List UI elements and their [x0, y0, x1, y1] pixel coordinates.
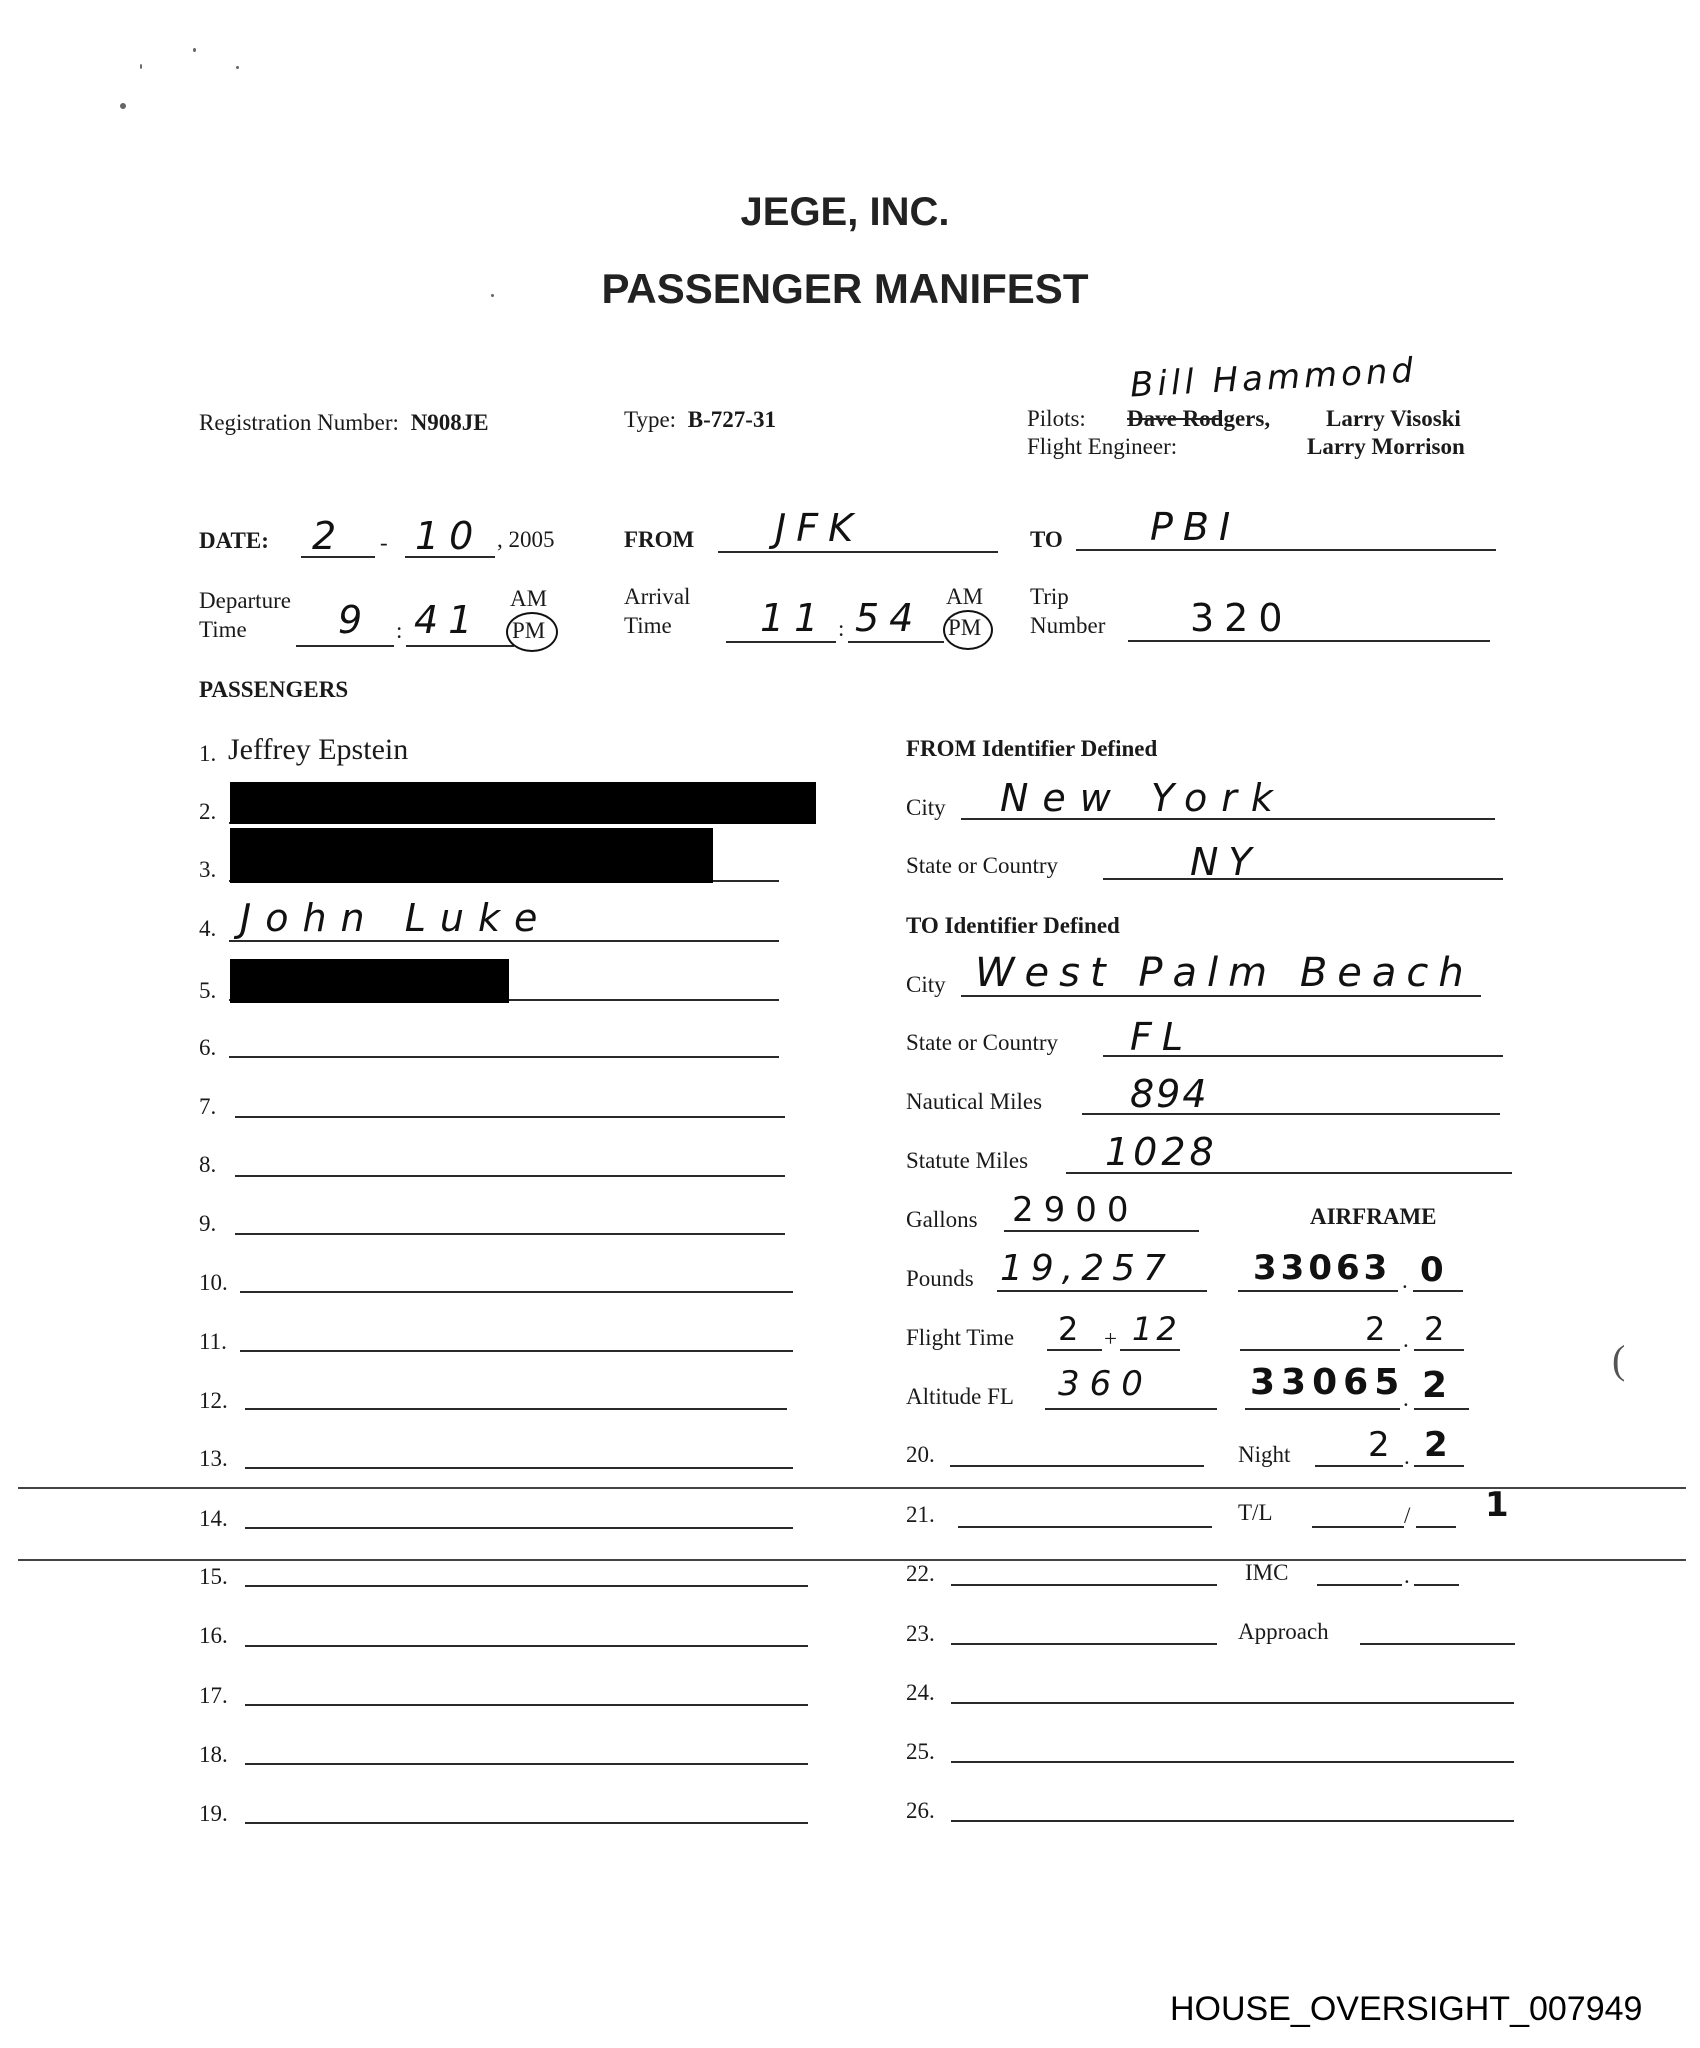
type-field: Type: B-727-31	[624, 407, 776, 433]
passenger-line[interactable]	[245, 1585, 808, 1587]
approach-label: Approach	[1238, 1619, 1329, 1645]
page-title: PASSENGER MANIFEST	[0, 265, 1695, 313]
margin-mark: (	[1612, 1336, 1625, 1383]
airframe-flight-decimal-line	[1414, 1349, 1464, 1351]
decimal-dot: .	[1404, 1563, 1410, 1589]
passenger-line[interactable]	[245, 1763, 808, 1765]
passenger-line[interactable]	[245, 1527, 793, 1529]
statute-miles-label: Statute Miles	[906, 1148, 1028, 1174]
passenger-number: 4.	[199, 916, 216, 942]
airframe-start-whole[interactable]: 33063	[1253, 1248, 1391, 1288]
passenger-number: 9.	[199, 1211, 216, 1237]
extra-row-line[interactable]	[951, 1643, 1217, 1645]
passenger-line[interactable]	[229, 1056, 779, 1058]
night-whole-line	[1315, 1465, 1403, 1467]
airframe-flight-whole[interactable]: 2	[1365, 1310, 1395, 1348]
altitude-label: Altitude FL	[906, 1384, 1014, 1410]
extra-row-line[interactable]	[951, 1584, 1217, 1586]
date-year: , 2005	[497, 527, 555, 553]
scan-artifact-line	[18, 1487, 1686, 1489]
airframe-end-decimal[interactable]: 2	[1422, 1365, 1457, 1406]
night-label: Night	[1238, 1442, 1290, 1468]
gallons-label: Gallons	[906, 1207, 978, 1233]
approach-line[interactable]	[1360, 1643, 1515, 1645]
trip-label-1: Trip	[1030, 584, 1069, 610]
tl-first-line	[1312, 1526, 1404, 1528]
passenger-number: 16.	[199, 1623, 228, 1649]
date-month[interactable]: 2	[312, 514, 346, 558]
pilot-2: Larry Visoski	[1326, 406, 1461, 432]
imc-label: IMC	[1245, 1560, 1288, 1586]
passenger-line	[229, 940, 779, 942]
date-day[interactable]: 10	[415, 514, 483, 558]
passenger-name[interactable]: John Luke	[240, 896, 551, 940]
passenger-line[interactable]	[235, 1116, 785, 1118]
airframe-start-decimal[interactable]: 0	[1420, 1250, 1454, 1290]
from-label: FROM	[624, 527, 694, 553]
trip-number-line	[1128, 640, 1490, 642]
gallons-line	[1004, 1230, 1199, 1232]
passenger-line[interactable]	[245, 1822, 808, 1824]
passenger-number: 18.	[199, 1742, 228, 1768]
departure-label-1: Departure	[199, 588, 291, 614]
time-colon: :	[396, 618, 402, 644]
passenger-number: 5.	[199, 978, 216, 1004]
passenger-number: 15.	[199, 1564, 228, 1590]
flight-time-plus: +	[1104, 1326, 1117, 1352]
nautical-miles-value[interactable]: 894	[1130, 1072, 1209, 1116]
type-value: B-727-31	[688, 407, 776, 432]
airframe-flight-decimal[interactable]: 2	[1424, 1310, 1454, 1348]
altitude-line	[1045, 1408, 1217, 1410]
airframe-heading: AIRFRAME	[1310, 1204, 1437, 1230]
pounds-line	[997, 1290, 1207, 1292]
scan-speck	[120, 103, 126, 109]
decimal-dot: .	[1402, 1268, 1408, 1294]
passenger-number: 14.	[199, 1506, 228, 1532]
date-separator: -	[380, 530, 388, 556]
from-line	[718, 551, 998, 553]
strikethrough-line	[1127, 418, 1219, 420]
from-value[interactable]: JFK	[775, 506, 863, 550]
airframe-flight-line	[1240, 1349, 1400, 1351]
nautical-miles-label: Nautical Miles	[906, 1089, 1042, 1115]
arrival-min-line	[848, 641, 944, 643]
pounds-label: Pounds	[906, 1266, 974, 1292]
passenger-number: 11.	[199, 1329, 227, 1355]
passenger-number: 13.	[199, 1446, 228, 1472]
departure-min[interactable]: 41	[414, 598, 482, 642]
to-value[interactable]: PBI	[1150, 505, 1240, 549]
pilots-label: Pilots:	[1027, 406, 1086, 432]
passenger-line[interactable]	[235, 1175, 785, 1177]
extra-row-number: 26.	[906, 1798, 935, 1824]
registration-field: Registration Number: N908JE	[199, 410, 489, 436]
passenger-number: 17.	[199, 1683, 228, 1709]
extra-row-number: 23.	[906, 1621, 935, 1647]
passenger-number: 12.	[199, 1388, 228, 1414]
passenger-line[interactable]	[245, 1645, 808, 1647]
arrival-pm-circle	[943, 610, 993, 650]
passenger-number: 6.	[199, 1035, 216, 1061]
airframe-end-line	[1245, 1408, 1400, 1410]
from-state-line	[1103, 878, 1503, 880]
imc-decimal-line[interactable]	[1414, 1584, 1459, 1586]
extra-row-line[interactable]	[951, 1702, 1514, 1704]
from-city-label: City	[906, 795, 946, 821]
passenger-number: 8.	[199, 1152, 216, 1178]
from-state-label: State or Country	[906, 853, 1058, 879]
decimal-dot: .	[1403, 1386, 1409, 1412]
redaction-bar	[230, 828, 713, 883]
extra-row-number: 25.	[906, 1739, 935, 1765]
extra-row-line[interactable]	[958, 1526, 1212, 1528]
redaction-bar	[230, 782, 816, 824]
date-label: DATE:	[199, 528, 269, 554]
passenger-number: 10.	[199, 1270, 228, 1296]
passengers-heading: PASSENGERS	[199, 677, 348, 703]
bates-number: HOUSE_OVERSIGHT_007949	[1170, 1990, 1642, 2029]
extra-row-number: 22.	[906, 1561, 935, 1587]
statute-miles-value[interactable]: 1028	[1105, 1130, 1218, 1174]
from-identifier-heading: FROM Identifier Defined	[906, 736, 1157, 762]
passenger-line[interactable]	[235, 1233, 785, 1235]
departure-min-line	[406, 645, 514, 647]
arrival-label-1: Arrival	[624, 584, 690, 610]
tl-separator: /	[1404, 1503, 1410, 1529]
to-state-value[interactable]: FL	[1130, 1015, 1193, 1059]
extra-row-line[interactable]	[950, 1465, 1204, 1467]
to-line	[1076, 549, 1496, 551]
to-label: TO	[1030, 527, 1063, 553]
gallons-value[interactable]: 2900	[1012, 1190, 1139, 1230]
flight-time-label: Flight Time	[906, 1325, 1014, 1351]
airframe-end-whole[interactable]: 33065	[1250, 1362, 1405, 1403]
departure-hour-line	[296, 645, 394, 647]
flight-time-minutes-line	[1120, 1349, 1180, 1351]
passenger-line[interactable]	[240, 1350, 793, 1352]
passenger-line[interactable]	[240, 1291, 793, 1293]
altitude-value[interactable]: 360	[1058, 1364, 1153, 1404]
arrival-hour[interactable]: 11	[760, 596, 828, 640]
to-city-label: City	[906, 972, 946, 998]
extra-row-number: 24.	[906, 1680, 935, 1706]
extra-row-line[interactable]	[951, 1820, 1514, 1822]
arrival-min[interactable]: 54	[855, 596, 923, 640]
passenger-line[interactable]	[245, 1467, 793, 1469]
flight-engineer-label: Flight Engineer:	[1027, 434, 1177, 460]
tl-value[interactable]: 1	[1485, 1485, 1519, 1525]
imc-whole-line[interactable]	[1317, 1584, 1402, 1586]
passenger-number: 7.	[199, 1094, 216, 1120]
night-decimal[interactable]: 2	[1424, 1425, 1458, 1465]
passenger-number: 3.	[199, 857, 216, 883]
passenger-number: 2.	[199, 799, 216, 825]
departure-hour[interactable]: 9	[338, 598, 372, 642]
registration-label: Registration Number:	[199, 410, 399, 435]
night-whole[interactable]: 2	[1368, 1425, 1400, 1465]
passenger-number: 1.	[199, 741, 216, 767]
scan-speck	[193, 48, 196, 52]
flight-time-hours-line	[1047, 1349, 1102, 1351]
scan-speck	[140, 64, 142, 69]
passenger-name[interactable]: Jeffrey Epstein	[228, 733, 408, 767]
registration-value: N908JE	[411, 410, 489, 435]
redaction-bar	[230, 959, 509, 1003]
from-city-value[interactable]: New York	[1000, 776, 1287, 820]
arrival-am[interactable]: AM	[946, 584, 983, 610]
time-colon: :	[838, 616, 844, 642]
from-state-value[interactable]: NY	[1190, 840, 1262, 884]
airframe-end-decimal-line	[1414, 1408, 1469, 1410]
trip-label-2: Number	[1030, 613, 1105, 639]
extra-row-number: 20.	[906, 1442, 935, 1468]
passenger-line[interactable]	[245, 1408, 787, 1410]
night-decimal-line	[1414, 1465, 1464, 1467]
to-city-value[interactable]: West Palm Beach	[975, 950, 1474, 996]
tl-second-line	[1416, 1526, 1456, 1528]
company-name: JEGE, INC.	[0, 190, 1695, 235]
extra-row-number: 21.	[906, 1502, 935, 1528]
extra-row-line[interactable]	[951, 1761, 1514, 1763]
tl-label: T/L	[1238, 1500, 1273, 1526]
airframe-start-decimal-line	[1413, 1290, 1463, 1292]
type-label: Type:	[624, 407, 676, 432]
scan-artifact-line	[18, 1559, 1686, 1561]
departure-label-2: Time	[199, 617, 247, 643]
passenger-line[interactable]	[245, 1704, 808, 1706]
pilot-handwritten-replacement: Bill Hammond	[1129, 351, 1418, 406]
decimal-dot: .	[1404, 1444, 1410, 1470]
trip-number[interactable]: 320	[1190, 596, 1293, 640]
decimal-dot: .	[1403, 1327, 1409, 1353]
airframe-start-line	[1238, 1290, 1398, 1292]
flight-engineer-value: Larry Morrison	[1307, 434, 1465, 460]
to-state-label: State or Country	[906, 1030, 1058, 1056]
arrival-hour-line	[726, 641, 836, 643]
departure-pm-circle	[506, 612, 558, 652]
scan-speck	[236, 66, 239, 69]
arrival-label-2: Time	[624, 613, 672, 639]
to-identifier-heading: TO Identifier Defined	[906, 913, 1120, 939]
passenger-number: 19.	[199, 1801, 228, 1827]
departure-am[interactable]: AM	[510, 586, 547, 612]
pounds-value[interactable]: 19,257	[1000, 1248, 1174, 1289]
flight-time-hours[interactable]: 2	[1058, 1310, 1088, 1348]
flight-time-minutes[interactable]: 12	[1132, 1310, 1181, 1348]
